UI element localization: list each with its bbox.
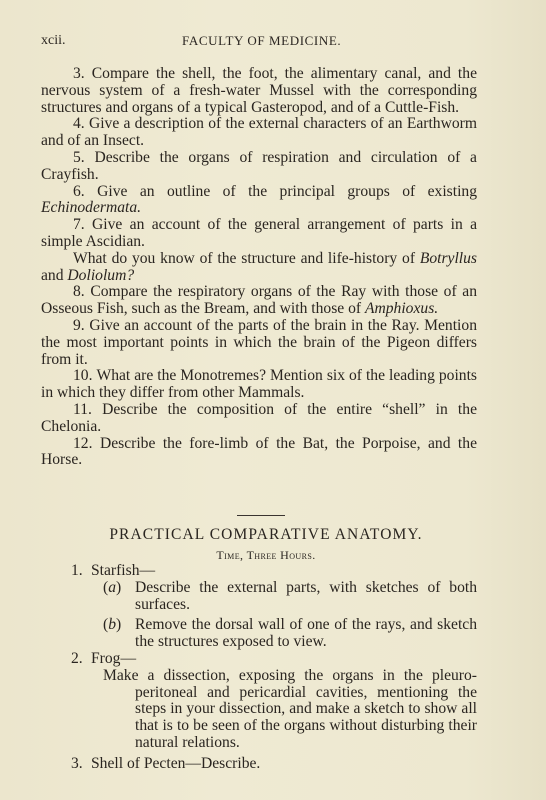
question-number: 9. — [73, 317, 85, 334]
item-number: 1. — [71, 563, 83, 580]
question-number: 7. — [73, 216, 85, 233]
practical-item-2-instructions: Make a dissection, exposing the organs i… — [41, 668, 477, 752]
practical-item-3: 3. Shell of Pecten—Describe. — [41, 756, 477, 773]
section-time-allowed: Time, Three Hours. — [41, 548, 477, 563]
taxon-name: Botryllus — [420, 250, 477, 267]
question-text: Describe the composition of the entire “… — [41, 401, 477, 435]
item-label: Shell of Pecten—Describe. — [91, 756, 477, 773]
question-10: 10. What are the Monotremes? Mention six… — [41, 368, 477, 402]
section-divider — [237, 515, 285, 516]
item-number: 2. — [71, 651, 83, 668]
question-number: 5. — [73, 149, 85, 166]
running-head: xcii. FACULTY OF MEDICINE. — [41, 33, 477, 51]
question-12: 12. Describe the fore-limb of the Bat, t… — [41, 436, 477, 470]
question-text: Describe the organs of respiration and c… — [41, 149, 477, 183]
subitem-text: Describe the external parts, with sketch… — [135, 579, 477, 613]
question-3: 3. Compare the shell, the foot, the alim… — [41, 66, 477, 116]
question-text: Give an outline of the principal groups … — [97, 183, 477, 200]
question-number: 3. — [73, 65, 85, 82]
taxon-name: Echinodermata. — [41, 199, 141, 216]
item-label: Frog— — [91, 651, 477, 668]
examination-questions: 3. Compare the shell, the foot, the alim… — [41, 66, 477, 469]
practical-subitem-b: (b)Remove the dorsal wall of one of the … — [41, 617, 477, 651]
question-8: 8. Compare the respiratory organs of the… — [41, 284, 477, 318]
taxon-name: Amphioxus. — [365, 300, 438, 317]
question-text: Give an account of the parts of the brai… — [41, 317, 477, 368]
question-number: 4. — [73, 115, 85, 132]
subitem-marker: (b) — [103, 617, 121, 634]
question-text: What do you know of the structure and li… — [73, 250, 420, 267]
running-head-title: FACULTY OF MEDICINE. — [182, 33, 341, 49]
question-text: What are the Monotremes? Mention six of … — [41, 367, 477, 401]
question-text: Describe the fore-limb of the Bat, the P… — [41, 435, 477, 469]
practical-item-2: 2. Frog— — [41, 651, 477, 668]
practical-questions: 1. Starfish— (a)Describe the external pa… — [41, 563, 477, 773]
question-number: 6. — [73, 183, 85, 200]
page-number: xcii. — [41, 33, 66, 49]
question-number: 11. — [73, 401, 92, 418]
question-7-continued: What do you know of the structure and li… — [41, 251, 477, 285]
item-label: Starfish— — [91, 563, 477, 580]
practical-item-1: 1. Starfish— — [41, 563, 477, 580]
item-number: 3. — [71, 756, 83, 773]
question-text: and — [41, 267, 67, 284]
question-6: 6. Give an outline of the principal grou… — [41, 184, 477, 218]
question-5: 5. Describe the organs of respiration an… — [41, 150, 477, 184]
question-number: 12. — [73, 435, 93, 452]
question-number: 8. — [73, 283, 85, 300]
question-text: Give an account of the general arrangeme… — [41, 216, 477, 250]
question-7: 7. Give an account of the general arrang… — [41, 217, 477, 251]
taxon-name: Doliolum? — [67, 267, 134, 284]
question-text: Compare the shell, the foot, the aliment… — [41, 65, 477, 116]
section-title: PRACTICAL COMPARATIVE ANATOMY. — [41, 526, 477, 544]
question-text: Give a description of the external chara… — [41, 115, 477, 149]
subitem-text: Remove the dorsal wall of one of the ray… — [135, 616, 477, 650]
question-11: 11. Describe the composition of the enti… — [41, 402, 477, 436]
question-number: 10. — [73, 367, 93, 384]
question-4: 4. Give a description of the external ch… — [41, 116, 477, 150]
subitem-marker: (a) — [103, 580, 121, 597]
question-9: 9. Give an account of the parts of the b… — [41, 318, 477, 368]
practical-subitem-a: (a)Describe the external parts, with ske… — [41, 580, 477, 614]
